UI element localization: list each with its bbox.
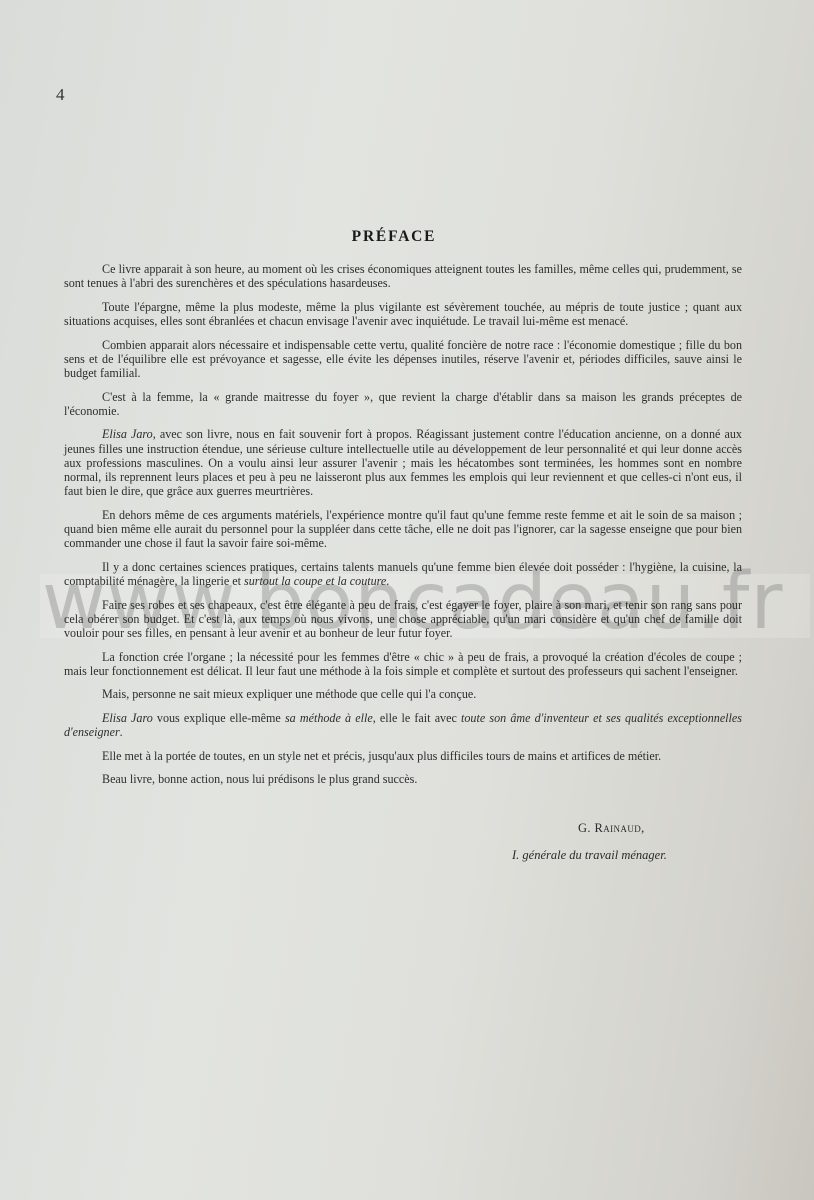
italic-emphasis: Elisa Jaro xyxy=(102,711,153,725)
paragraph: C'est à la femme, la « grande maitresse … xyxy=(64,390,742,418)
italic-emphasis: sa méthode à elle xyxy=(285,711,373,725)
paragraph: Elisa Jaro vous explique elle-même sa mé… xyxy=(64,711,742,739)
paragraph: Combien apparait alors nécessaire et ind… xyxy=(64,338,742,381)
signature-initial: G. xyxy=(578,821,594,835)
paragraph: La fonction crée l'organe ; la nécessité… xyxy=(64,650,742,678)
italic-emphasis: surtout la coupe et la couture xyxy=(244,574,386,588)
paragraph: Faire ses robes et ses chapeaux, c'est ê… xyxy=(64,598,742,641)
signature-name: Rainaud xyxy=(594,821,641,835)
paragraph: Elisa Jaro, avec son livre, nous en fait… xyxy=(64,427,742,498)
paragraph: Mais, personne ne sait mieux expliquer u… xyxy=(64,687,742,701)
paragraph: En dehors même de ces arguments matériel… xyxy=(64,508,742,551)
preface-body: Ce livre apparait à son heure, au moment… xyxy=(64,262,742,796)
italic-emphasis: toute son âme d'inventeur et ses qualité… xyxy=(64,711,742,739)
paragraph: Beau livre, bonne action, nous lui prédi… xyxy=(64,772,742,786)
document-page: www.boncadeau.fr 4 PRÉFACE Ce livre appa… xyxy=(0,0,814,1200)
italic-emphasis: Elisa Jaro xyxy=(102,427,153,441)
page-title: PRÉFACE xyxy=(0,228,788,246)
signature-suffix: , xyxy=(641,821,645,835)
page-number: 4 xyxy=(56,85,65,105)
signature-role: I. générale du travail ménager. xyxy=(512,848,667,863)
paragraph: Ce livre apparait à son heure, au moment… xyxy=(64,262,742,290)
paragraph: Toute l'épargne, même la plus modeste, m… xyxy=(64,300,742,328)
paragraph: Elle met à la portée de toutes, en un st… xyxy=(64,749,742,763)
signature: G. Rainaud, xyxy=(578,821,645,836)
paragraph: Il y a donc certaines sciences pratiques… xyxy=(64,560,742,588)
